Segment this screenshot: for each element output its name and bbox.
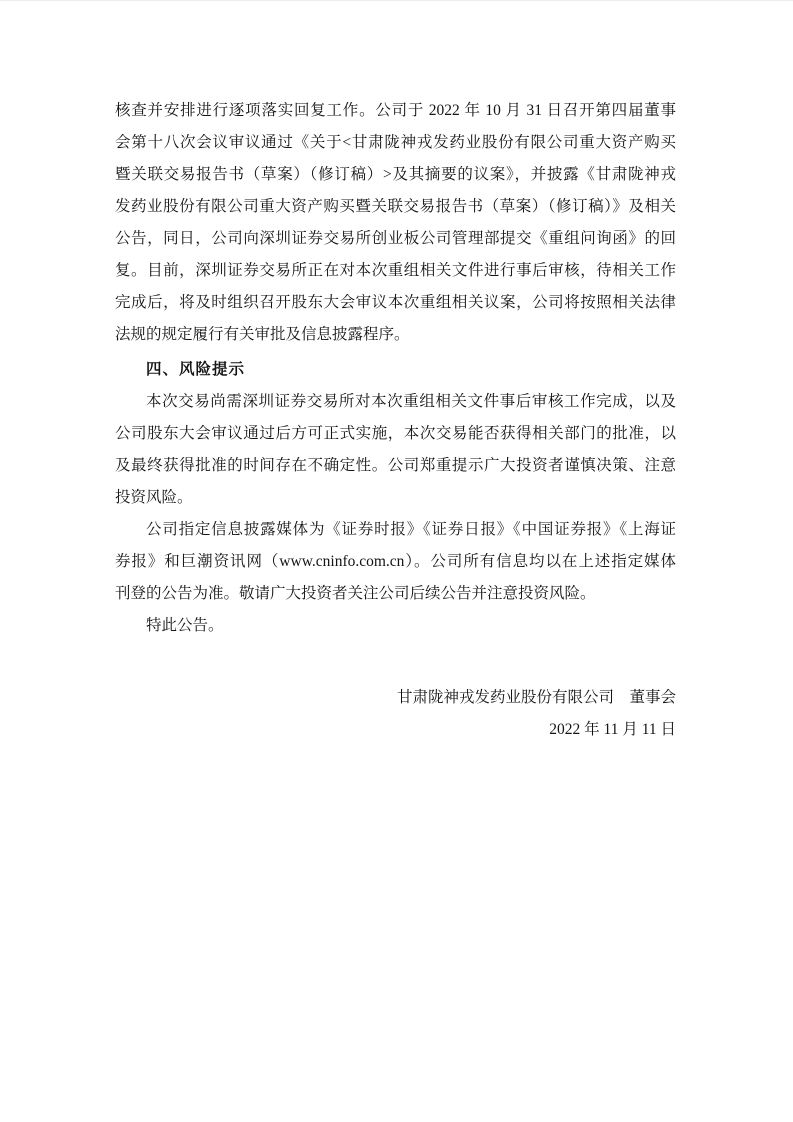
section-heading-risk-warning: 四、风险提示 — [115, 354, 676, 386]
body-text-line: 券报》和巨潮资讯网（www.cninfo.com.cn）。公司所有信息均以在上述… — [115, 546, 676, 578]
body-text-line: 核查并安排进行逐项落实回复工作。公司于 2022 年 10 月 31 日召开第四… — [115, 95, 676, 127]
body-text-line: 完成后，将及时组织召开股东大会审议本次重组相关议案，公司将按照相关法律 — [115, 287, 676, 319]
document-body: 核查并安排进行逐项落实回复工作。公司于 2022 年 10 月 31 日召开第四… — [115, 95, 676, 746]
body-text-line: 暨关联交易报告书（草案）（修订稿）>及其摘要的议案》，并披露《甘肃陇神戎 — [115, 159, 676, 191]
body-text-line: 法规的规定履行有关审批及信息披露程序。 — [115, 319, 676, 351]
announcement-page: 核查并安排进行逐项落实回复工作。公司于 2022 年 10 月 31 日召开第四… — [0, 0, 793, 1122]
signature-company-line: 甘肃陇神戎发药业股份有限公司 董事会 — [115, 682, 676, 714]
body-text-line: 刊登的公告为准。敬请广大投资者关注公司后续公告并注意投资风险。 — [115, 578, 676, 610]
body-text-line: 及最终获得批准的时间存在不确定性。公司郑重提示广大投资者谨慎决策、注意 — [115, 450, 676, 482]
body-text-line: 本次交易尚需深圳证券交易所对本次重组相关文件事后审核工作完成，以及 — [115, 386, 676, 418]
body-text-line: 公司指定信息披露媒体为《证券时报》《证券日报》《中国证券报》《上海证 — [115, 514, 676, 546]
body-text-line: 复。目前，深圳证券交易所正在对本次重组相关文件进行事后审核，待相关工作 — [115, 255, 676, 287]
body-text-line: 公司股东大会审议通过后方可正式实施，本次交易能否获得相关部门的批准，以 — [115, 418, 676, 450]
body-text-line: 投资风险。 — [115, 482, 676, 514]
body-text-line: 会第十八次会议审议通过《关于<甘肃陇神戎发药业股份有限公司重大资产购买 — [115, 127, 676, 159]
signature-date-line: 2022 年 11 月 11 日 — [115, 714, 676, 746]
blank-line — [115, 642, 676, 682]
body-text-line: 发药业股份有限公司重大资产购买暨关联交易报告书（草案）（修订稿）》及相关 — [115, 191, 676, 223]
body-text-line: 特此公告。 — [115, 610, 676, 642]
body-text-line: 公告，同日，公司向深圳证券交易所创业板公司管理部提交《重组问询函》的回 — [115, 223, 676, 255]
